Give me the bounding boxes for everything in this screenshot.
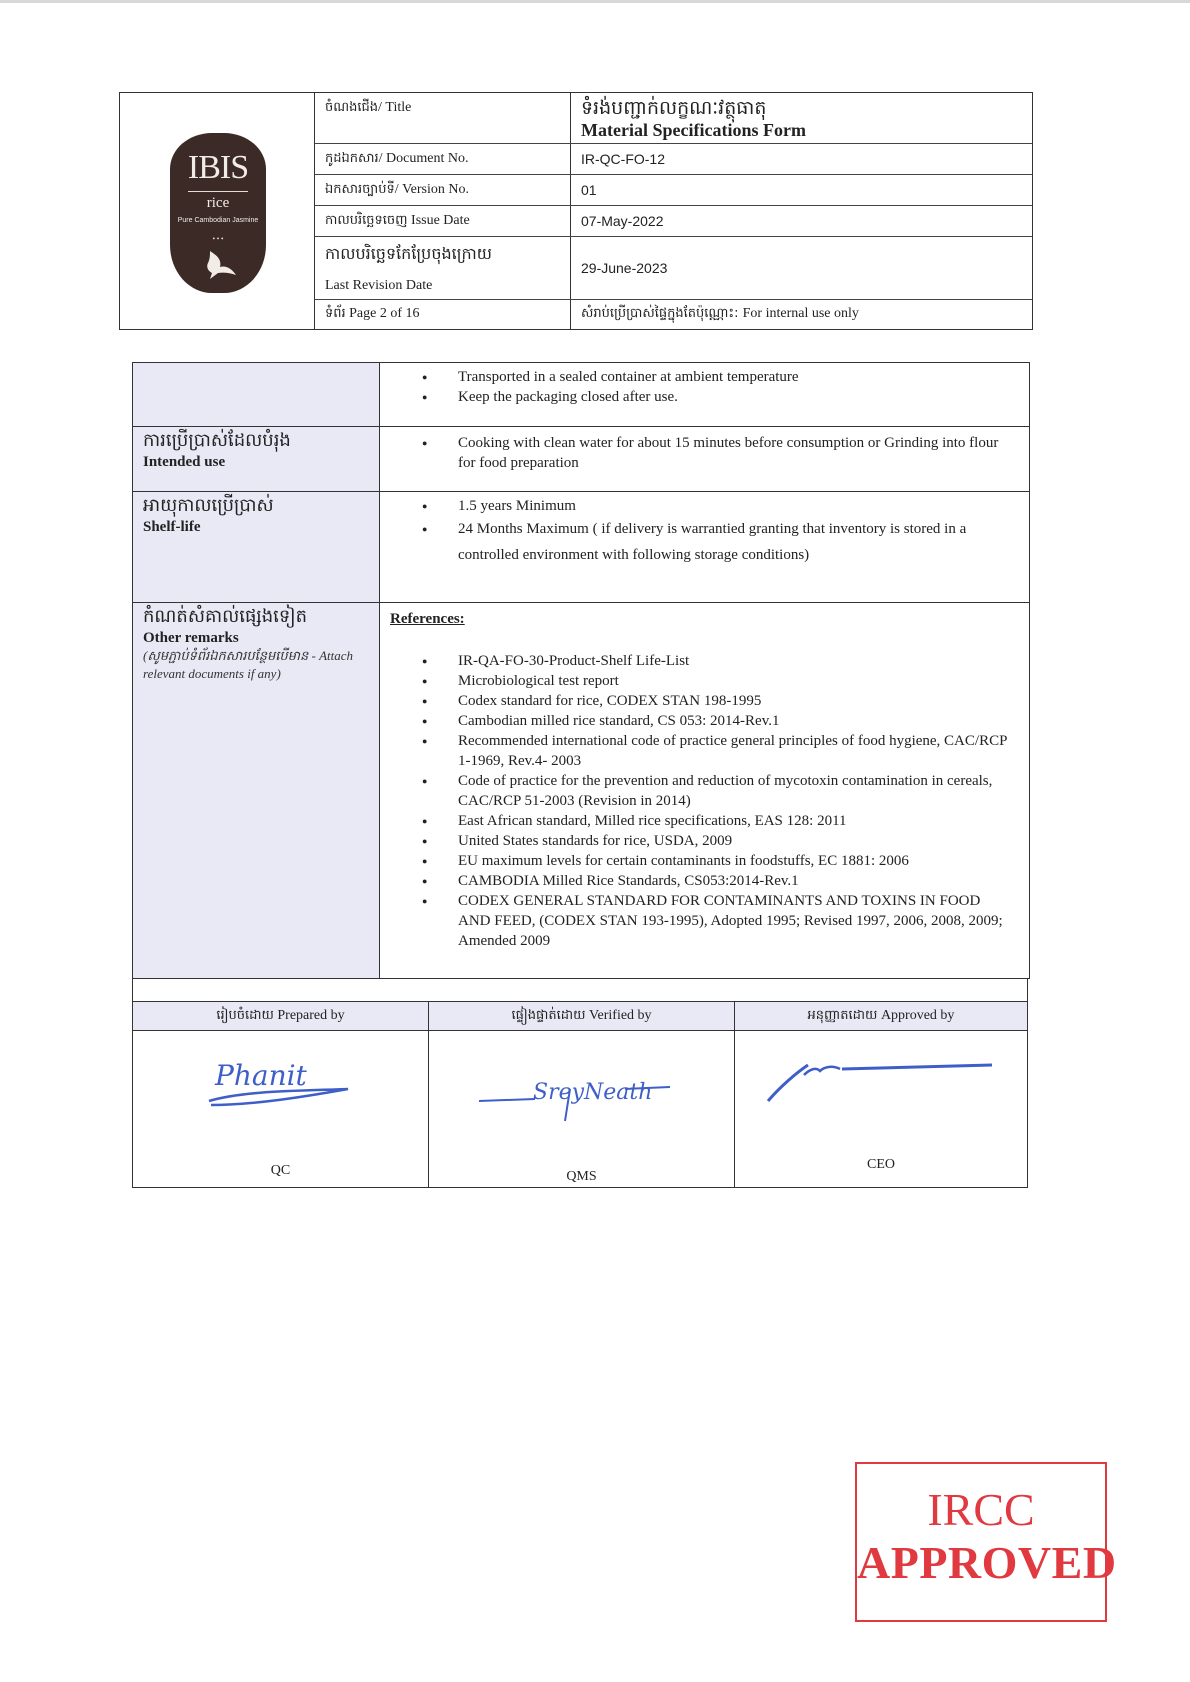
reference-item: United States standards for rice, USDA, … bbox=[458, 831, 1009, 851]
prepared-by-header: រៀបចំដោយ Prepared by bbox=[133, 1002, 428, 1031]
document-number-label-en: / Document No. bbox=[379, 151, 469, 166]
document-header-table: IBIS rice Pure Cambodian Jasmine • • • ច… bbox=[119, 92, 1033, 330]
reference-item: Codex standard for rice, CODEX STAN 198-… bbox=[458, 691, 1009, 711]
page-label-km: ទំព័រ bbox=[325, 306, 346, 321]
form-title-km: ទំរង់បញ្ជាក់លក្ខណៈវត្ថុធាតុ bbox=[581, 96, 1022, 120]
reference-item: Microbiological test report bbox=[458, 671, 1009, 691]
verified-by-signature-area: SreyNeath QMS bbox=[429, 1031, 734, 1158]
intended-use-item: Cooking with clean water for about 15 mi… bbox=[458, 433, 1009, 473]
approved-by-role: CEO bbox=[735, 1157, 1027, 1173]
shelf-life-item: 1.5 years Minimum bbox=[458, 496, 1009, 516]
logo-stars: • • • bbox=[170, 235, 266, 243]
document-number-label-km: កូដឯកសារ bbox=[325, 151, 379, 166]
reference-item: EU maximum levels for certain contaminan… bbox=[458, 851, 1009, 871]
verified-by-column: ផ្ទៀងផ្ទាត់ដោយ Verified by SreyNeath QMS bbox=[428, 1002, 734, 1187]
intended-use-value-cell: Cooking with clean water for about 15 mi… bbox=[380, 427, 1029, 491]
reference-item: East African standard, Milled rice speci… bbox=[458, 811, 1009, 831]
prepared-by-label-en: Prepared by bbox=[274, 1008, 345, 1023]
ibis-bird-icon bbox=[200, 247, 238, 281]
verified-by-header: ផ្ទៀងផ្ទាត់ដោយ Verified by bbox=[429, 1002, 734, 1031]
revision-date-label-km: កាលបរិច្ឆេទកែប្រែចុងក្រោយ bbox=[325, 243, 560, 267]
revision-date-value: 29-June-2023 bbox=[571, 237, 1032, 299]
intended-use-label-cell: ការប្រើប្រាស់ដែលបំរុង Intended use bbox=[133, 427, 380, 491]
title-label: ចំណងជើង/ Title bbox=[315, 93, 571, 143]
title-label-km: ចំណងជើង bbox=[325, 100, 378, 115]
svg-text:Phanit: Phanit bbox=[214, 1059, 308, 1092]
logo-product: rice bbox=[170, 195, 266, 212]
ibis-rice-logo: IBIS rice Pure Cambodian Jasmine • • • bbox=[170, 133, 266, 293]
form-title-en: Material Specifications Form bbox=[581, 120, 1022, 140]
approved-by-header: អនុញ្ញាតដោយ Approved by bbox=[735, 1002, 1027, 1031]
approved-by-label-km: អនុញ្ញាតដោយ bbox=[808, 1008, 878, 1023]
page-number: Page 2 of 16 bbox=[346, 306, 420, 321]
version-label-km: ឯកសារច្បាប់ទី bbox=[325, 182, 395, 197]
issue-date-row: កាលបរិច្ឆេទចេញ Issue Date 07-May-2022 bbox=[315, 206, 1032, 237]
title-row: ចំណងជើង/ Title ទំរង់បញ្ជាក់លក្ខណៈវត្ថុធា… bbox=[315, 93, 1032, 144]
stamp-line-2: APPROVED bbox=[857, 1536, 1105, 1590]
version-label: ឯកសារច្បាប់ទី/ Version No. bbox=[315, 175, 571, 205]
scan-top-edge bbox=[0, 0, 1190, 3]
other-remarks-label-cell: កំណត់សំគាល់ផ្សេងទៀត Other remarks (សូមភ្… bbox=[133, 603, 380, 978]
verified-by-signature: SreyNeath bbox=[475, 1059, 675, 1129]
reference-item: Recommended international code of practi… bbox=[458, 731, 1009, 771]
prepared-by-signature-area: Phanit QC bbox=[133, 1031, 428, 1158]
other-remarks-note: (សូមភ្ជាប់ទំព័រឯកសារបន្ថែមបើមាន - Attach… bbox=[143, 647, 369, 683]
revision-date-row: កាលបរិច្ឆេទកែប្រែចុងក្រោយ Last Revision … bbox=[315, 237, 1032, 300]
ircc-approved-stamp: IRCC APPROVED bbox=[855, 1462, 1107, 1622]
other-remarks-label-km: កំណត់សំគាល់ផ្សេងទៀត bbox=[143, 605, 369, 629]
page-label: ទំព័រ Page 2 of 16 bbox=[315, 300, 571, 329]
approved-by-label-en: Approved by bbox=[877, 1008, 954, 1023]
approved-by-column: អនុញ្ញាតដោយ Approved by CEO bbox=[734, 1002, 1027, 1187]
storage-value-cell: Transported in a sealed container at amb… bbox=[380, 363, 1029, 426]
intended-use-label-en: Intended use bbox=[143, 453, 369, 471]
approved-by-signature-area: CEO bbox=[735, 1031, 1027, 1158]
version-row: ឯកសារច្បាប់ទី/ Version No. 01 bbox=[315, 175, 1032, 206]
issue-date-label: កាលបរិច្ឆេទចេញ Issue Date bbox=[315, 206, 571, 236]
usage-note-km: សំរាប់ប្រើប្រាស់ផ្ទៃក្នុងតែប៉ុណ្ណោះ: bbox=[581, 306, 743, 321]
references-heading: References: bbox=[390, 609, 1009, 629]
logo-cell: IBIS rice Pure Cambodian Jasmine • • • bbox=[120, 93, 315, 329]
document-number-row: កូដឯកសារ/ Document No. IR-QC-FO-12 bbox=[315, 144, 1032, 175]
intended-use-row: ការប្រើប្រាស់ដែលបំរុង Intended use Cooki… bbox=[133, 427, 1029, 492]
usage-note: សំរាប់ប្រើប្រាស់ផ្ទៃក្នុងតែប៉ុណ្ណោះ: For… bbox=[571, 300, 1032, 329]
issue-date-label-en: Issue Date bbox=[408, 213, 470, 228]
prepared-by-column: រៀបចំដោយ Prepared by Phanit QC bbox=[133, 1002, 428, 1187]
page-row: ទំព័រ Page 2 of 16 សំរាប់ប្រើប្រាស់ផ្ទៃក… bbox=[315, 300, 1032, 329]
storage-item: Transported in a sealed container at amb… bbox=[458, 367, 1009, 387]
issue-date-value: 07-May-2022 bbox=[571, 206, 1032, 236]
prepared-by-signature: Phanit bbox=[203, 1051, 353, 1111]
other-remarks-row: កំណត់សំគាល់ផ្សេងទៀត Other remarks (សូមភ្… bbox=[133, 603, 1029, 978]
title-label-en: / Title bbox=[378, 100, 411, 115]
shelf-life-label-cell: អាយុកាលប្រើប្រាស់ Shelf-life bbox=[133, 492, 380, 602]
storage-item: Keep the packaging closed after use. bbox=[458, 387, 1009, 407]
signature-table: រៀបចំដោយ Prepared by Phanit QC ផ្ទៀងផ្ទា… bbox=[132, 979, 1028, 1188]
verified-by-role: QMS bbox=[429, 1169, 734, 1185]
reference-item: Code of practice for the prevention and … bbox=[458, 771, 1009, 811]
reference-item: CAMBODIA Milled Rice Standards, CS053:20… bbox=[458, 871, 1009, 891]
shelf-life-row: អាយុកាលប្រើប្រាស់ Shelf-life 1.5 years M… bbox=[133, 492, 1029, 603]
revision-date-label-en: Last Revision Date bbox=[325, 278, 560, 294]
logo-brand: IBIS bbox=[170, 149, 266, 187]
intended-use-label-km: ការប្រើប្រាស់ដែលបំរុង bbox=[143, 429, 369, 453]
references-cell: References: IR-QA-FO-30-Product-Shelf Li… bbox=[380, 603, 1029, 978]
version-value: 01 bbox=[571, 175, 1032, 205]
svg-text:SreyNeath: SreyNeath bbox=[533, 1080, 652, 1105]
issue-date-label-km: កាលបរិច្ឆេទចេញ bbox=[325, 213, 408, 228]
verified-by-label-en: Verified by bbox=[585, 1008, 651, 1023]
title-value: ទំរង់បញ្ជាក់លក្ខណៈវត្ថុធាតុ Material Spe… bbox=[571, 93, 1032, 143]
specifications-table: Transported in a sealed container at amb… bbox=[132, 362, 1030, 979]
storage-row: Transported in a sealed container at amb… bbox=[133, 363, 1029, 427]
version-label-en: / Version No. bbox=[395, 182, 469, 197]
logo-divider bbox=[188, 191, 248, 192]
logo-tagline: Pure Cambodian Jasmine bbox=[170, 217, 266, 225]
approved-by-signature bbox=[760, 1051, 1000, 1111]
prepared-by-role: QC bbox=[133, 1163, 428, 1179]
stamp-line-1: IRCC bbox=[857, 1484, 1105, 1536]
reference-item: CODEX GENERAL STANDARD FOR CONTAMINANTS … bbox=[458, 891, 1009, 951]
reference-item: Cambodian milled rice standard, CS 053: … bbox=[458, 711, 1009, 731]
shelf-life-item: 24 Months Maximum ( if delivery is warra… bbox=[458, 516, 1009, 568]
signature-spacer-row bbox=[133, 979, 1027, 1002]
reference-item: IR-QA-FO-30-Product-Shelf Life-List bbox=[458, 651, 1009, 671]
other-remarks-label-en: Other remarks bbox=[143, 629, 369, 647]
revision-date-label: កាលបរិច្ឆេទកែប្រែចុងក្រោយ Last Revision … bbox=[315, 237, 571, 299]
storage-label-cell bbox=[133, 363, 380, 426]
usage-note-en: For internal use only bbox=[743, 306, 859, 321]
shelf-life-value-cell: 1.5 years Minimum 24 Months Maximum ( if… bbox=[380, 492, 1029, 602]
document-number-label: កូដឯកសារ/ Document No. bbox=[315, 144, 571, 174]
prepared-by-label-km: រៀបចំដោយ bbox=[216, 1008, 274, 1023]
document-number-value: IR-QC-FO-12 bbox=[571, 144, 1032, 174]
verified-by-label-km: ផ្ទៀងផ្ទាត់ដោយ bbox=[511, 1008, 585, 1023]
shelf-life-label-km: អាយុកាលប្រើប្រាស់ bbox=[143, 494, 369, 518]
shelf-life-label-en: Shelf-life bbox=[143, 518, 369, 536]
